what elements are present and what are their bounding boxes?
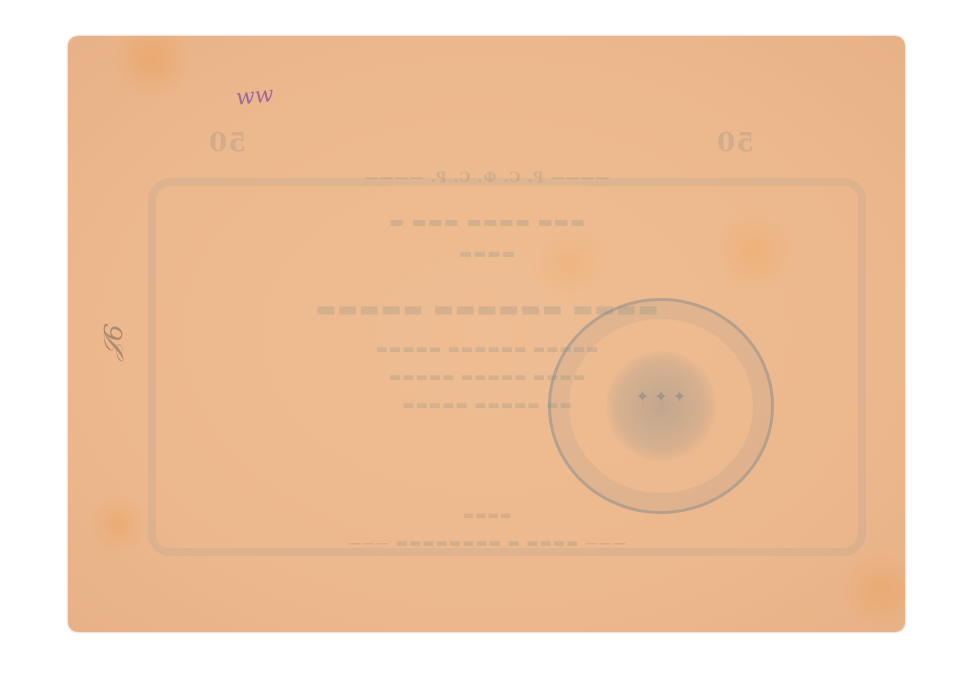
show-through-line: ——— ▬▬▬▬ ▬ ▬▬▬▬▬▬▬▬ ———	[68, 536, 905, 551]
round-seal-stamp: ✦ ✦ ✦	[548, 298, 774, 514]
margin-pencil-scribble: 𝒥6	[95, 322, 132, 361]
show-through-line: ———— Р. С. Ф. С. Р. ————	[68, 170, 905, 186]
stamp-text: ✦ ✦ ✦	[551, 387, 771, 406]
show-through-line: ▬▬▬▬▬ ▬▬▬▬▬▬ ▬▬▬▬▬	[68, 342, 905, 357]
banknote-reverse: 50 50 ———— Р. С. Ф. С. Р. ———— ▬▬▬ ▬▬▬▬ …	[68, 36, 905, 632]
show-through-line: ▬▬▬▬	[68, 508, 905, 522]
stamp-emblem-icon	[606, 351, 716, 461]
purple-pencil-mark: ww	[235, 82, 275, 111]
show-through-line: ▬▬ ▬▬▬▬▬ ▬▬▬▬▬	[68, 398, 905, 413]
denomination-left: 50	[208, 128, 246, 158]
show-through-line: ▬▬▬▬ ▬▬▬▬▬ ▬▬▬▬▬	[68, 370, 905, 385]
denomination-right: 50	[716, 128, 754, 158]
show-through-line: ▬▬▬ ▬▬▬▬ ▬▬▬ ▬	[68, 212, 905, 231]
show-through-line: ▬▬▬▬	[68, 246, 905, 262]
show-through-line: ▬▬▬▬ ▬▬▬▬▬▬ ▬▬▬▬▬	[68, 296, 905, 322]
